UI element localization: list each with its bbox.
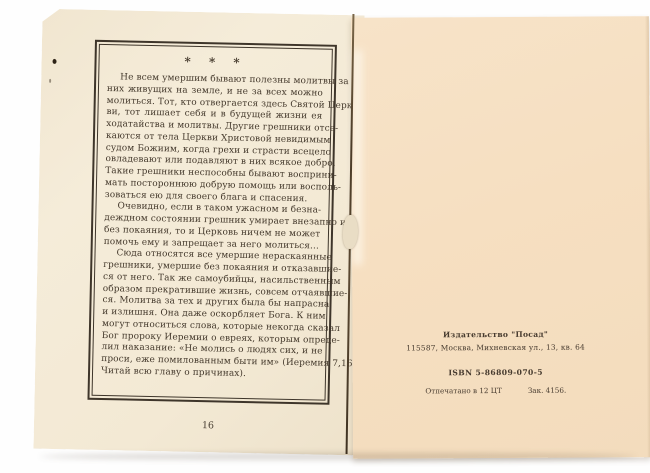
body-text: Не всем умершим бывают полезны молитвы з… — [101, 72, 323, 382]
ink-speck — [49, 79, 51, 83]
publisher-block: Издательство "Посад" 115587, Москва, Мих… — [390, 329, 600, 395]
text-frame-outer: * * * Не всем умершим бывают полезны мол… — [87, 40, 336, 405]
order-number: Зак. 4156. — [528, 386, 566, 395]
text-frame-inner: * * * Не всем умершим бывают полезны мол… — [92, 44, 333, 401]
book-shadow — [40, 453, 636, 460]
page-edge — [645, 16, 650, 457]
printed-at: Отпечатано в 12 ЦТ — [425, 386, 501, 395]
paragraph: Очевидно, если в таком ужасном и безна-д… — [104, 201, 321, 253]
isbn: ISBN 5-86809-070-5 — [391, 367, 601, 377]
right-page: Издательство "Посад" 115587, Москва, Мих… — [351, 16, 650, 459]
ink-speck — [52, 59, 56, 64]
paragraph: Сюда относятся все умершие нераскаянныег… — [101, 248, 320, 382]
left-page: * * * Не всем умершим бывают полезны мол… — [33, 9, 364, 456]
publisher-address: 115587, Москва, Михневская ул., 13, кв. … — [391, 342, 601, 352]
publisher-name: Издательство "Посад" — [390, 329, 600, 339]
print-info-row: Отпечатано в 12 ЦТ Зак. 4156. — [391, 385, 601, 395]
paragraph: Не всем умершим бывают полезны молитвы з… — [105, 72, 324, 206]
page-number: 16 — [87, 418, 329, 434]
book-photo: * * * Не всем умершим бывают полезны мол… — [0, 0, 650, 473]
